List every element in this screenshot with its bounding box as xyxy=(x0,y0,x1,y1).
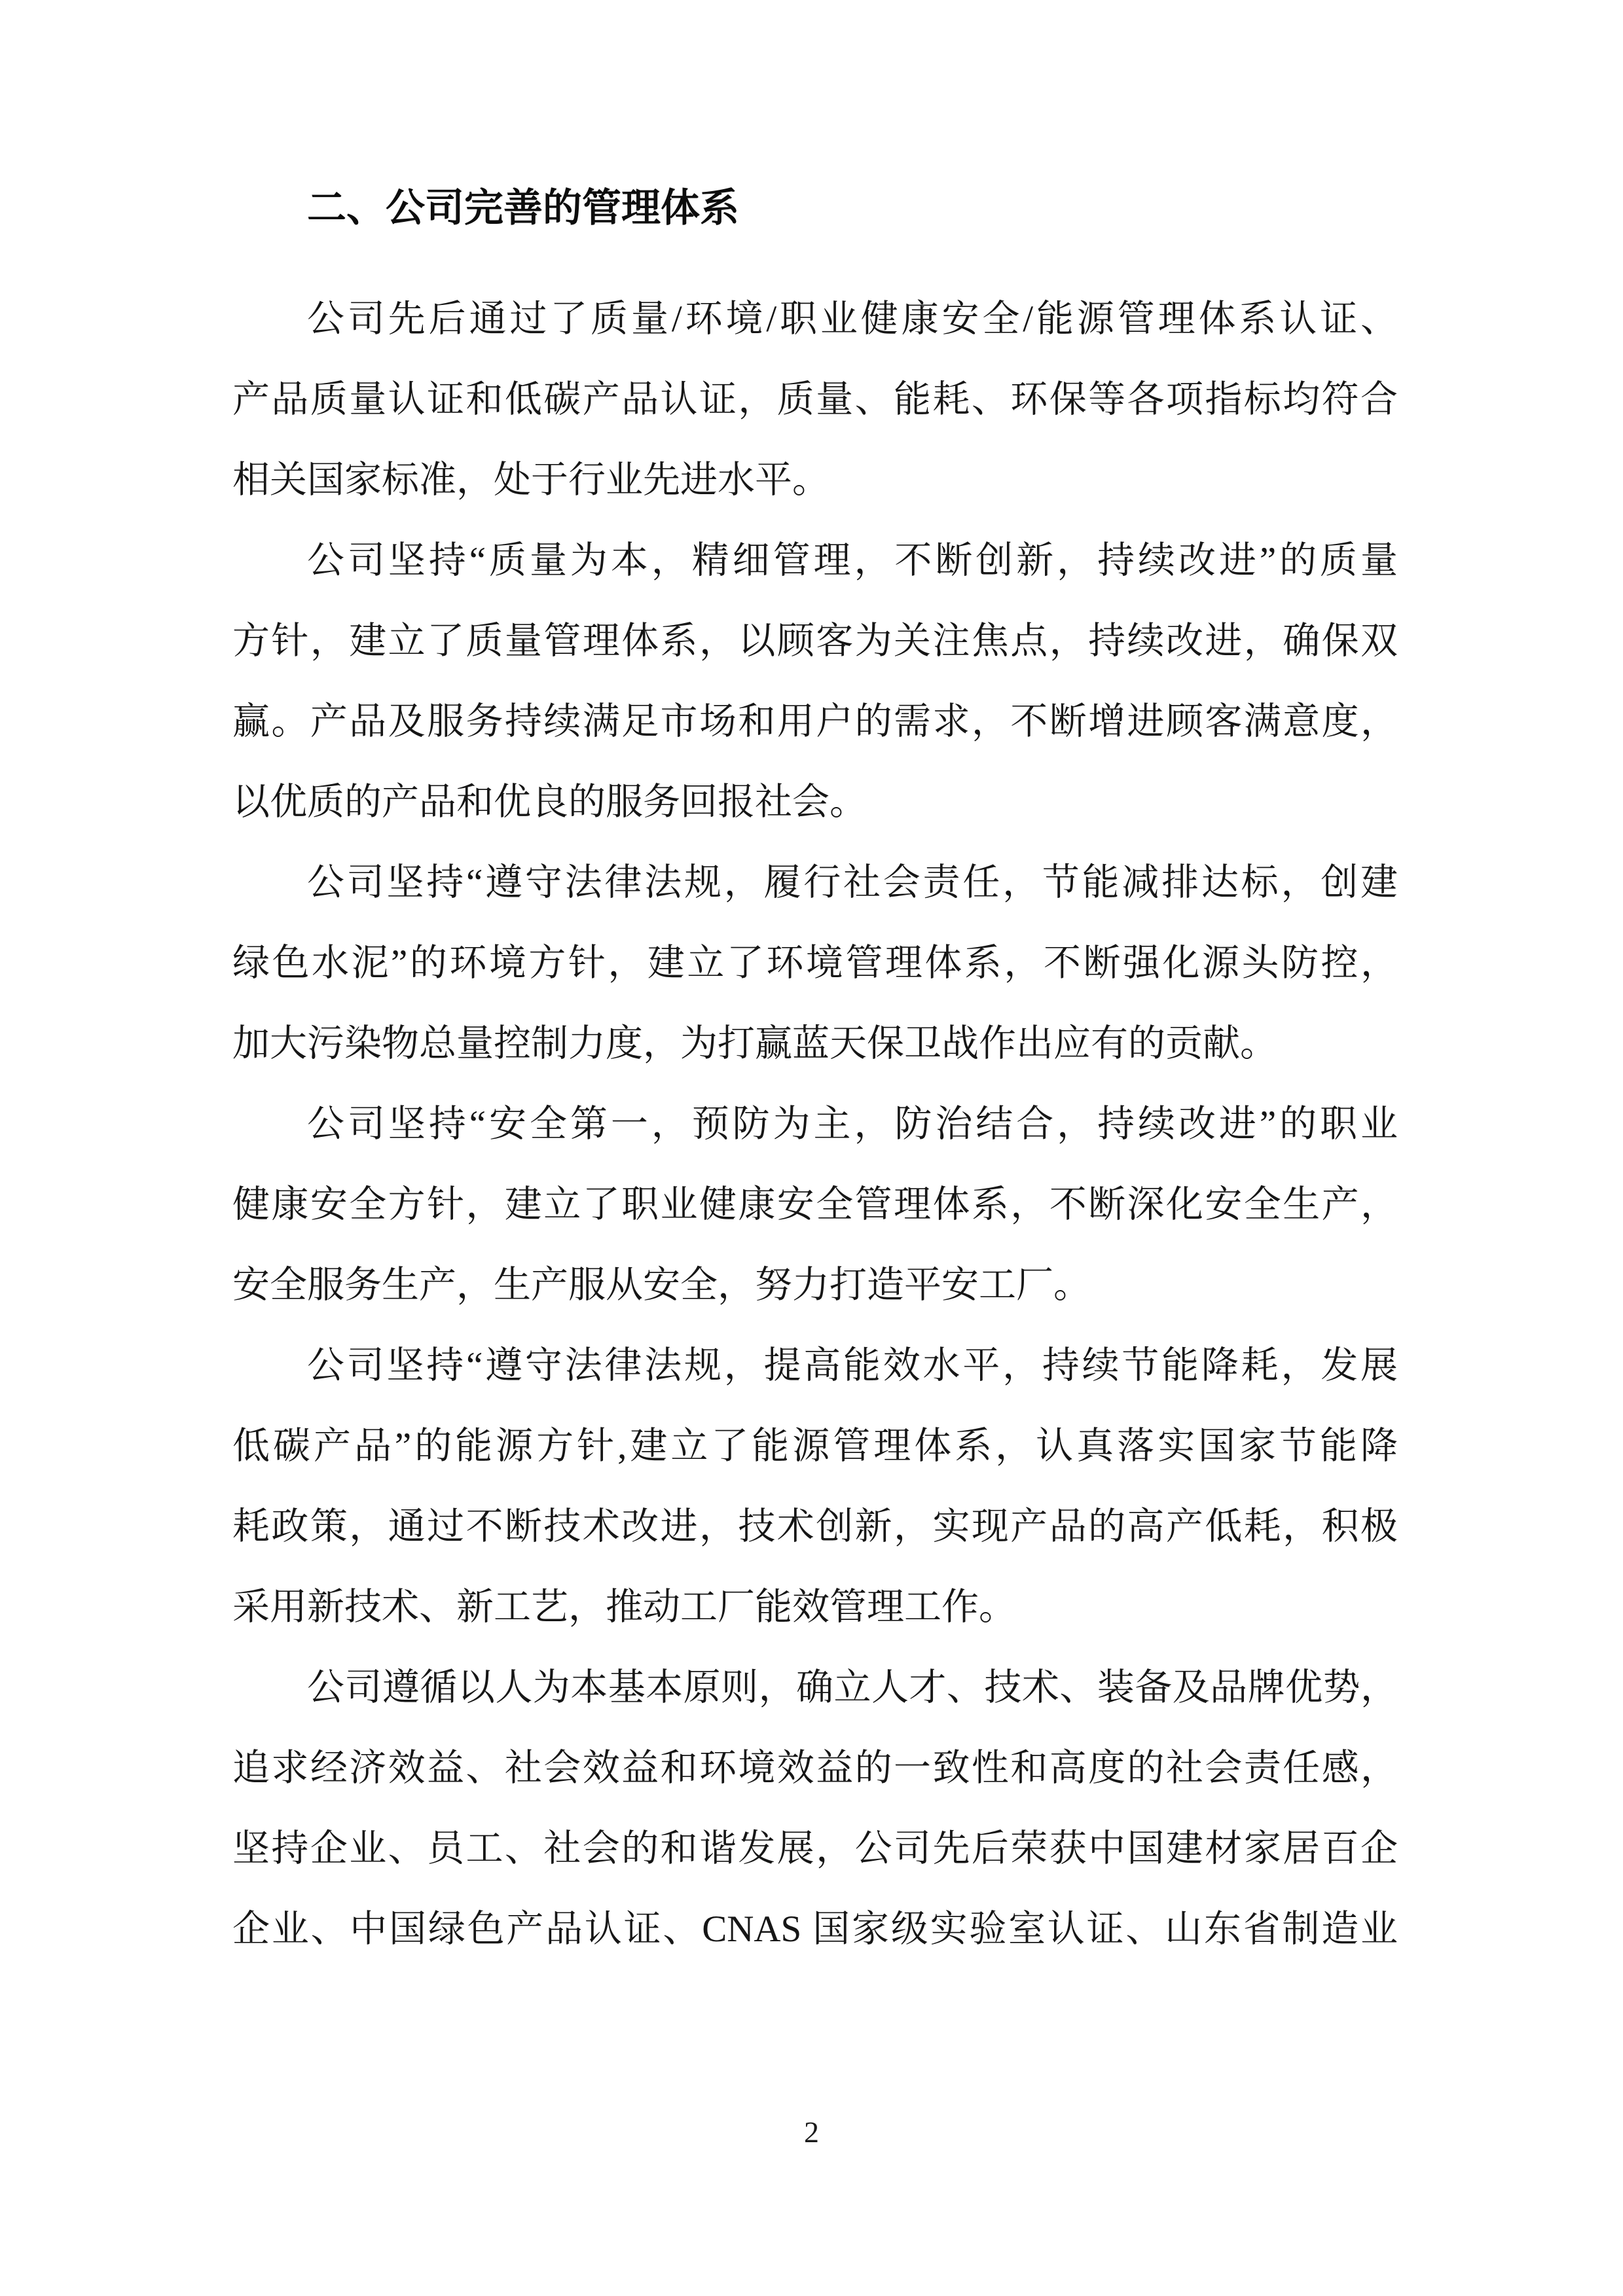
text-line: 低碳产品”的能源方针,建立了能源管理体系，认真落实国家节能降 xyxy=(232,1424,1398,1504)
text-line: 公司坚持“遵守法律法规，提高能效水平，持续节能降耗，发展 xyxy=(232,1343,1398,1424)
text-line: 以优质的产品和优良的服务回报社会。 xyxy=(232,780,1398,860)
section-heading: 二、公司完善的管理体系 xyxy=(232,185,1398,296)
text-line: 方针，建立了质量管理体系，以顾客为关注焦点，持续改进，确保双 xyxy=(232,619,1398,699)
text-line: 加大污染物总量控制力度，为打赢蓝天保卫战作出应有的贡献。 xyxy=(232,1021,1398,1102)
text-line: 公司遵循以人为本基本原则，确立人才、技术、装备及品牌优势， xyxy=(232,1665,1398,1746)
text-line: 追求经济效益、社会效益和环境效益的一致性和高度的社会责任感， xyxy=(232,1746,1398,1826)
text-line: 坚持企业、员工、社会的和谐发展，公司先后荣获中国建材家居百企 xyxy=(232,1826,1398,1907)
text-line: 相关国家标准，处于行业先进水平。 xyxy=(232,457,1398,538)
text-line: 产品质量认证和低碳产品认证，质量、能耗、环保等各项指标均符合 xyxy=(232,377,1398,457)
text-line: 公司坚持“遵守法律法规，履行社会责任，节能减排达标，创建 xyxy=(232,860,1398,941)
text-line: 公司坚持“质量为本，精细管理，不断创新，持续改进”的质量 xyxy=(232,538,1398,619)
text-line: 采用新技术、新工艺，推动工厂能效管理工作。 xyxy=(232,1585,1398,1665)
text-line: 耗政策，通过不断技术改进，技术创新，实现产品的高产低耗，积极 xyxy=(232,1504,1398,1585)
text-line: 公司坚持“安全第一，预防为主，防治结合，持续改进”的职业 xyxy=(232,1102,1398,1182)
text-line: 公司先后通过了质量/环境/职业健康安全/能源管理体系认证、 xyxy=(232,296,1398,377)
text-line: 赢。产品及服务持续满足市场和用户的需求，不断增进顾客满意度， xyxy=(232,699,1398,780)
page-number: 2 xyxy=(0,2113,1623,2152)
text-line: 安全服务生产，生产服从安全，努力打造平安工厂。 xyxy=(232,1263,1398,1343)
text-line: 企业、中国绿色产品认证、CNAS 国家级实验室认证、山东省制造业 xyxy=(232,1907,1398,1987)
text-body: 二、公司完善的管理体系公司先后通过了质量/环境/职业健康安全/能源管理体系认证、… xyxy=(232,185,1398,1987)
text-line: 绿色水泥”的环境方针，建立了环境管理体系，不断强化源头防控， xyxy=(232,941,1398,1021)
document-page: 二、公司完善的管理体系公司先后通过了质量/环境/职业健康安全/能源管理体系认证、… xyxy=(0,0,1623,2296)
text-line: 健康安全方针，建立了职业健康安全管理体系，不断深化安全生产， xyxy=(232,1182,1398,1263)
